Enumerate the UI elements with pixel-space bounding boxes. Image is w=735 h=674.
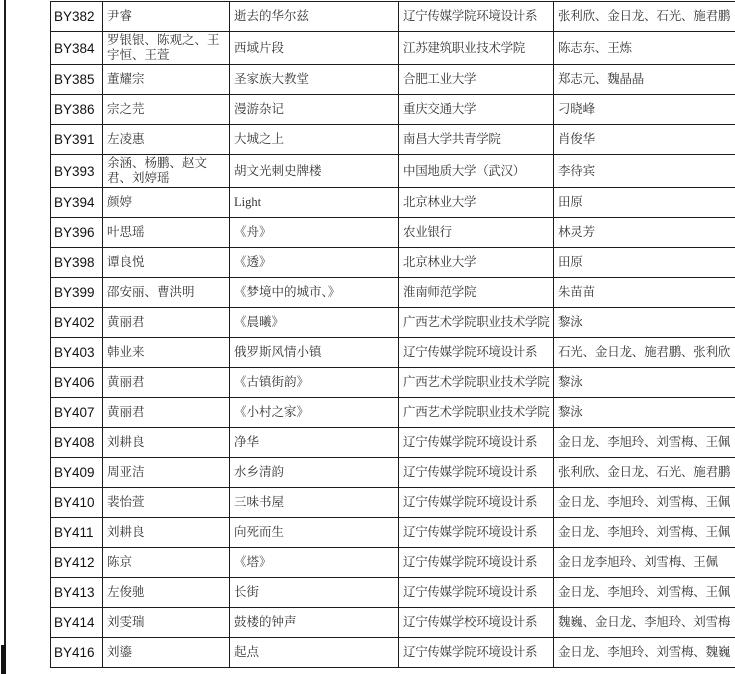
table-row: BY406黄丽君《古镇街韵》广西艺术学院职业技术学院黎泳 xyxy=(51,368,735,398)
cell-work-title: 起点 xyxy=(230,638,399,668)
cell-entry-id: BY407 xyxy=(51,398,103,428)
page-edge-line-thick-bottom xyxy=(1,645,6,674)
cell-entry-id: BY414 xyxy=(51,608,103,638)
cell-work-title: 三味书屋 xyxy=(230,488,399,518)
table-row: BY416刘鎏起点辽宁传媒学院环境设计系金日龙、李旭玲、刘雪梅、魏巍 xyxy=(51,638,735,668)
award-entries-table: BY382尹睿逝去的华尔兹辽宁传媒学院环境设计系张利欣、金日龙、石光、施君鹏BY… xyxy=(50,1,735,668)
cell-entry-id: BY413 xyxy=(51,578,103,608)
cell-advisors: 郑志元、魏晶晶 xyxy=(554,65,735,95)
cell-advisors: 林灵芳 xyxy=(554,218,735,248)
cell-institution: 辽宁传媒学院环境设计系 xyxy=(399,638,554,668)
cell-work-title: 《透》 xyxy=(230,248,399,278)
table-row: BY414刘雯瑞鼓楼的钟声辽宁传媒学校环境设计系魏巍、金日龙、李旭玲、刘雪梅 xyxy=(51,608,735,638)
cell-entry-id: BY416 xyxy=(51,638,103,668)
cell-advisors: 黎泳 xyxy=(554,308,735,338)
cell-advisors: 肖俊华 xyxy=(554,125,735,155)
cell-work-title: 俄罗斯风情小镇 xyxy=(230,338,399,368)
cell-authors: 黄丽君 xyxy=(103,398,230,428)
cell-institution: 广西艺术学院职业技术学院 xyxy=(399,308,554,338)
cell-advisors: 黎泳 xyxy=(554,368,735,398)
cell-advisors: 田原 xyxy=(554,248,735,278)
cell-advisors: 张利欣、金日龙、石光、施君鹏 xyxy=(554,2,735,32)
cell-institution: 辽宁传媒学校环境设计系 xyxy=(399,608,554,638)
cell-advisors: 金日龙、李旭玲、刘雪梅、王佩 xyxy=(554,488,735,518)
cell-institution: 重庆交通大学 xyxy=(399,95,554,125)
cell-institution: 辽宁传媒学院环境设计系 xyxy=(399,518,554,548)
table-row: BY411刘耕良向死而生辽宁传媒学院环境设计系金日龙、李旭玲、刘雪梅、王佩 xyxy=(51,518,735,548)
table-row: BY403韩业来俄罗斯风情小镇辽宁传媒学院环境设计系石光、金日龙、施君鹏、张利欣 xyxy=(51,338,735,368)
table-row: BY412陈京《塔》辽宁传媒学院环境设计系金日龙李旭玲、刘雪梅、王佩 xyxy=(51,548,735,578)
table-row: BY386宗之芫漫游杂记重庆交通大学刁晓峰 xyxy=(51,95,735,125)
cell-advisors: 黎泳 xyxy=(554,398,735,428)
cell-institution: 辽宁传媒学院环境设计系 xyxy=(399,488,554,518)
cell-work-title: 《小村之家》 xyxy=(230,398,399,428)
cell-institution: 农业银行 xyxy=(399,218,554,248)
cell-authors: 颜婷 xyxy=(103,188,230,218)
cell-institution: 辽宁传媒学院环境设计系 xyxy=(399,2,554,32)
cell-authors: 韩业来 xyxy=(103,338,230,368)
page-edge-line xyxy=(4,0,6,674)
cell-entry-id: BY399 xyxy=(51,278,103,308)
table-row: BY410裴怡萱三味书屋辽宁传媒学院环境设计系金日龙、李旭玲、刘雪梅、王佩 xyxy=(51,488,735,518)
cell-entry-id: BY408 xyxy=(51,428,103,458)
cell-entry-id: BY409 xyxy=(51,458,103,488)
cell-entry-id: BY393 xyxy=(51,155,103,188)
cell-entry-id: BY396 xyxy=(51,218,103,248)
cell-institution: 北京林业大学 xyxy=(399,248,554,278)
table-row: BY393余涵、杨鹏、赵文君、刘婷瑶胡文光刺史牌楼中国地质大学（武汉）李待宾 xyxy=(51,155,735,188)
cell-authors: 左俊驰 xyxy=(103,578,230,608)
cell-authors: 谭良悦 xyxy=(103,248,230,278)
cell-authors: 左凌惠 xyxy=(103,125,230,155)
cell-entry-id: BY386 xyxy=(51,95,103,125)
scanned-document-page: { "colors": { "background": "#ffffff", "… xyxy=(0,0,735,674)
cell-authors: 董耀宗 xyxy=(103,65,230,95)
cell-work-title: 《晨曦》 xyxy=(230,308,399,338)
cell-advisors: 魏巍、金日龙、李旭玲、刘雪梅 xyxy=(554,608,735,638)
cell-institution: 辽宁传媒学院环境设计系 xyxy=(399,428,554,458)
cell-institution: 广西艺术学院职业技术学院 xyxy=(399,398,554,428)
cell-institution: 合肥工业大学 xyxy=(399,65,554,95)
cell-entry-id: BY403 xyxy=(51,338,103,368)
cell-authors: 裴怡萱 xyxy=(103,488,230,518)
cell-entry-id: BY391 xyxy=(51,125,103,155)
cell-work-title: 《梦境中的城市、》 xyxy=(230,278,399,308)
table-row: BY408刘耕良净华辽宁传媒学院环境设计系金日龙、李旭玲、刘雪梅、王佩 xyxy=(51,428,735,458)
cell-authors: 刘耕良 xyxy=(103,428,230,458)
cell-institution: 江苏建筑职业技术学院 xyxy=(399,32,554,65)
table-row: BY407黄丽君《小村之家》广西艺术学院职业技术学院黎泳 xyxy=(51,398,735,428)
cell-work-title: 大城之上 xyxy=(230,125,399,155)
cell-entry-id: BY412 xyxy=(51,548,103,578)
cell-authors: 宗之芫 xyxy=(103,95,230,125)
table-row: BY382尹睿逝去的华尔兹辽宁传媒学院环境设计系张利欣、金日龙、石光、施君鹏 xyxy=(51,2,735,32)
cell-entry-id: BY398 xyxy=(51,248,103,278)
cell-work-title: 逝去的华尔兹 xyxy=(230,2,399,32)
cell-institution: 辽宁传媒学院环境设计系 xyxy=(399,338,554,368)
cell-advisors: 石光、金日龙、施君鹏、张利欣 xyxy=(554,338,735,368)
table-row: BY384罗银银、陈观之、王宇恒、王萱西域片段江苏建筑职业技术学院陈志东、王炼 xyxy=(51,32,735,65)
table-row: BY394颜婷Light北京林业大学田原 xyxy=(51,188,735,218)
cell-work-title: 胡文光刺史牌楼 xyxy=(230,155,399,188)
cell-institution: 辽宁传媒学院环境设计系 xyxy=(399,578,554,608)
cell-institution: 辽宁传媒学院环境设计系 xyxy=(399,548,554,578)
cell-authors: 刘雯瑞 xyxy=(103,608,230,638)
cell-work-title: 圣家族大教堂 xyxy=(230,65,399,95)
cell-work-title: 《塔》 xyxy=(230,548,399,578)
cell-entry-id: BY410 xyxy=(51,488,103,518)
cell-authors: 刘鎏 xyxy=(103,638,230,668)
cell-entry-id: BY406 xyxy=(51,368,103,398)
cell-work-title: 长街 xyxy=(230,578,399,608)
cell-authors: 罗银银、陈观之、王宇恒、王萱 xyxy=(103,32,230,65)
cell-authors: 刘耕良 xyxy=(103,518,230,548)
cell-advisors: 金日龙李旭玲、刘雪梅、王佩 xyxy=(554,548,735,578)
table-row: BY385董耀宗圣家族大教堂合肥工业大学郑志元、魏晶晶 xyxy=(51,65,735,95)
cell-institution: 广西艺术学院职业技术学院 xyxy=(399,368,554,398)
cell-authors: 黄丽君 xyxy=(103,368,230,398)
cell-work-title: 净华 xyxy=(230,428,399,458)
table-row: BY396叶思瑶《舟》农业银行林灵芳 xyxy=(51,218,735,248)
cell-entry-id: BY394 xyxy=(51,188,103,218)
cell-entry-id: BY385 xyxy=(51,65,103,95)
cell-institution: 淮南师范学院 xyxy=(399,278,554,308)
cell-authors: 邵安丽、曹洪明 xyxy=(103,278,230,308)
cell-advisors: 张利欣、金日龙、石光、施君鹏 xyxy=(554,458,735,488)
cell-work-title: 鼓楼的钟声 xyxy=(230,608,399,638)
cell-work-title: 漫游杂记 xyxy=(230,95,399,125)
cell-entry-id: BY382 xyxy=(51,2,103,32)
table-row: BY398谭良悦《透》北京林业大学田原 xyxy=(51,248,735,278)
cell-work-title: 水乡清韵 xyxy=(230,458,399,488)
cell-advisors: 陈志东、王炼 xyxy=(554,32,735,65)
cell-authors: 尹睿 xyxy=(103,2,230,32)
cell-institution: 中国地质大学（武汉） xyxy=(399,155,554,188)
cell-authors: 陈京 xyxy=(103,548,230,578)
cell-work-title: 西域片段 xyxy=(230,32,399,65)
cell-advisors: 刁晓峰 xyxy=(554,95,735,125)
table-row: BY402黄丽君《晨曦》广西艺术学院职业技术学院黎泳 xyxy=(51,308,735,338)
cell-authors: 叶思瑶 xyxy=(103,218,230,248)
cell-institution: 辽宁传媒学院环境设计系 xyxy=(399,458,554,488)
cell-work-title: Light xyxy=(230,188,399,218)
cell-advisors: 金日龙、李旭玲、刘雪梅、王佩 xyxy=(554,428,735,458)
cell-advisors: 金日龙、李旭玲、刘雪梅、魏巍 xyxy=(554,638,735,668)
cell-entry-id: BY384 xyxy=(51,32,103,65)
cell-institution: 北京林业大学 xyxy=(399,188,554,218)
cell-work-title: 《古镇街韵》 xyxy=(230,368,399,398)
table-row: BY399邵安丽、曹洪明《梦境中的城市、》淮南师范学院朱苗苗 xyxy=(51,278,735,308)
cell-institution: 南昌大学共青学院 xyxy=(399,125,554,155)
table-row: BY409周亚洁水乡清韵辽宁传媒学院环境设计系张利欣、金日龙、石光、施君鹏 xyxy=(51,458,735,488)
cell-entry-id: BY402 xyxy=(51,308,103,338)
cell-authors: 余涵、杨鹏、赵文君、刘婷瑶 xyxy=(103,155,230,188)
cell-authors: 周亚洁 xyxy=(103,458,230,488)
cell-work-title: 《舟》 xyxy=(230,218,399,248)
cell-advisors: 金日龙、李旭玲、刘雪梅、王佩 xyxy=(554,578,735,608)
cell-entry-id: BY411 xyxy=(51,518,103,548)
cell-authors: 黄丽君 xyxy=(103,308,230,338)
cell-advisors: 金日龙、李旭玲、刘雪梅、王佩 xyxy=(554,518,735,548)
table-row: BY391左凌惠大城之上南昌大学共青学院肖俊华 xyxy=(51,125,735,155)
cell-advisors: 李待宾 xyxy=(554,155,735,188)
cell-advisors: 田原 xyxy=(554,188,735,218)
table-row: BY413左俊驰长街辽宁传媒学院环境设计系金日龙、李旭玲、刘雪梅、王佩 xyxy=(51,578,735,608)
award-entries-table-wrap: BY382尹睿逝去的华尔兹辽宁传媒学院环境设计系张利欣、金日龙、石光、施君鹏BY… xyxy=(50,1,735,668)
cell-advisors: 朱苗苗 xyxy=(554,278,735,308)
cell-work-title: 向死而生 xyxy=(230,518,399,548)
